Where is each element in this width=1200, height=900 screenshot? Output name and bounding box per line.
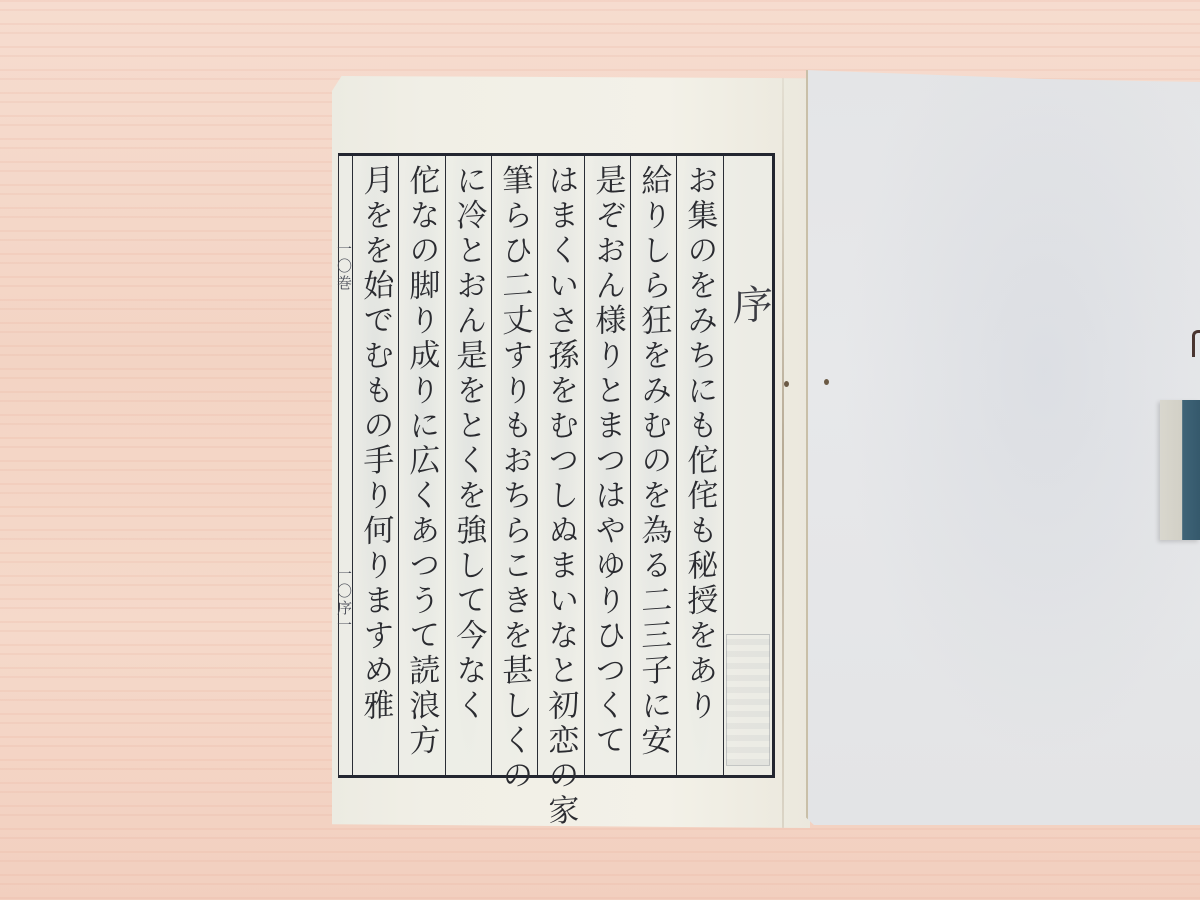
margin-note-volume: 一〇巻	[334, 241, 355, 292]
binding-hole	[784, 381, 789, 387]
column-text: に冷とおん是をとくを強して今なく	[446, 162, 491, 725]
text-column-6: に冷とおん是をとくを強して今なく	[445, 156, 491, 775]
column-text: 筆らひ二丈すりもおちらこきを甚しくの	[492, 162, 537, 795]
column-text: お集のをみちにも佗侘も秘授をあり	[677, 162, 722, 725]
page-clip	[1160, 400, 1200, 540]
faint-seal-stamp	[726, 634, 770, 766]
text-column-5: 筆らひ二丈すりもおちらこきを甚しくの	[491, 156, 537, 775]
text-column-4: はまくいさ孫をむつしぬまいなと初恋の家	[537, 156, 583, 775]
printed-text-frame: 序 お集のをみちにも佗侘も秘授をあり 給りしら狂をみむのを為る二三子に安 是ぞお…	[338, 153, 775, 778]
text-column-2: 給りしら狂をみむのを為る二三子に安	[630, 156, 676, 775]
text-column-3: 是ぞおん様りとまつはやゆりひつくて	[584, 156, 630, 775]
margin-note-page: 一〇序一	[334, 566, 355, 634]
column-text: はまくいさ孫をむつしぬまいなと初恋の家	[538, 162, 583, 830]
binding-hole	[824, 379, 829, 385]
column-text: 佗なの脚り成りに広くあつうて読浪方	[399, 162, 444, 760]
right-book-page	[806, 70, 1200, 825]
clip-wire	[1192, 330, 1200, 357]
text-column-7: 佗なの脚り成りに広くあつうて読浪方	[398, 156, 444, 775]
left-book-page: 序 お集のをみちにも佗侘も秘授をあり 給りしら狂をみむのを為る二三子に安 是ぞお…	[332, 76, 810, 828]
heading-column: 序	[723, 156, 772, 775]
preface-heading: 序	[724, 282, 772, 325]
column-text: 給りしら狂をみむのを為る二三子に安	[631, 162, 676, 760]
column-text: 月をを始でむもの手り何りますめ雅	[353, 162, 398, 725]
column-text: 是ぞおん様りとまつはやゆりひつくて	[585, 162, 630, 760]
text-column-1: お集のをみちにも佗侘も秘授をあり	[676, 156, 722, 775]
text-column-8: 月をを始でむもの手り何りますめ雅	[352, 156, 398, 775]
text-columns: 序 お集のをみちにも佗侘も秘授をあり 給りしら狂をみむのを為る二三子に安 是ぞお…	[339, 156, 772, 775]
